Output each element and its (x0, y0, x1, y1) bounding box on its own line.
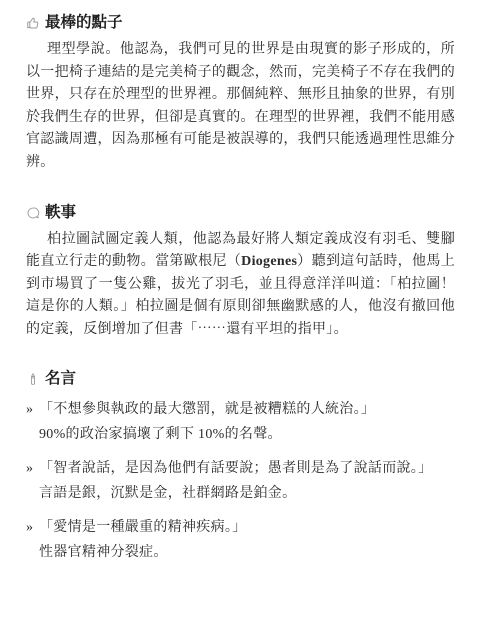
quote-line: » 「不想參與執政的最大懲罰，就是被糟糕的人統治。」 (26, 397, 455, 422)
thumbs-up-icon (26, 16, 40, 30)
quote-marker: » (26, 456, 39, 481)
book-page: 最棒的點子 理型學說。他認為，我們可見的世界是由現實的影子形成的，所以一把椅子連… (0, 0, 484, 565)
best-idea-title-text: 最棒的點子 (45, 12, 123, 34)
quotes-title-text: 名言 (45, 368, 76, 390)
quote-item-love: » 「愛情是一種嚴重的精神疾病。」 性器官精神分裂症。 (26, 515, 455, 565)
quote-marker: » (26, 397, 39, 422)
quote-line: » 「智者說話，是因為他們有話要說；愚者則是為了說話而說。」 (26, 456, 455, 481)
quote-comment: 90%的政治家搞壞了剩下 10%的名聲。 (26, 422, 455, 447)
quote-text: 「智者說話，是因為他們有話要說；愚者則是為了說話而說。」 (39, 456, 432, 481)
quote-line: » 「愛情是一種嚴重的精神疾病。」 (26, 515, 455, 540)
quote-item-wise-speech: » 「智者說話，是因為他們有話要說；愚者則是為了說話而說。」 言語是銀，沉默是金… (26, 456, 455, 506)
best-idea-paragraph: 理型學說。他認為，我們可見的世界是由現實的影子形成的，所以一把椅子連結的是完美椅… (26, 39, 455, 175)
anecdote-paragraph: 柏拉圖試圖定義人類，他認為最好將人類定義成沒有羽毛、雙腳能直立行走的動物。當第歐… (26, 229, 455, 342)
diogenes-latin-name: Diogenes (241, 254, 297, 269)
quote-marker: » (26, 515, 39, 540)
section-anecdote: 軼事 柏拉圖試圖定義人類，他認為最好將人類定義成沒有羽毛、雙腳能直立行走的動物。… (26, 202, 455, 342)
quote-comment: 性器官精神分裂症。 (26, 540, 455, 565)
quote-comment: 言語是銀，沉默是金，社群網路是鉑金。 (26, 481, 455, 506)
anecdote-title-text: 軼事 (45, 202, 76, 224)
best-idea-heading: 最棒的點子 (26, 12, 455, 34)
anecdote-heading: 軼事 (26, 202, 455, 224)
quote-item-politics: » 「不想參與執政的最大懲罰，就是被糟糕的人統治。」 90%的政治家搞壞了剩下 … (26, 397, 455, 447)
quotes-heading: 名言 (26, 368, 455, 390)
pencil-icon (26, 372, 40, 386)
speech-bubble-icon (26, 206, 40, 220)
section-best-idea: 最棒的點子 理型學說。他認為，我們可見的世界是由現實的影子形成的，所以一把椅子連… (26, 12, 455, 175)
quote-text: 「愛情是一種嚴重的精神疾病。」 (39, 515, 247, 540)
quote-text: 「不想參與執政的最大懲罰，就是被糟糕的人統治。」 (39, 397, 375, 422)
section-quotes: 名言 » 「不想參與執政的最大懲罰，就是被糟糕的人統治。」 90%的政治家搞壞了… (26, 368, 455, 565)
